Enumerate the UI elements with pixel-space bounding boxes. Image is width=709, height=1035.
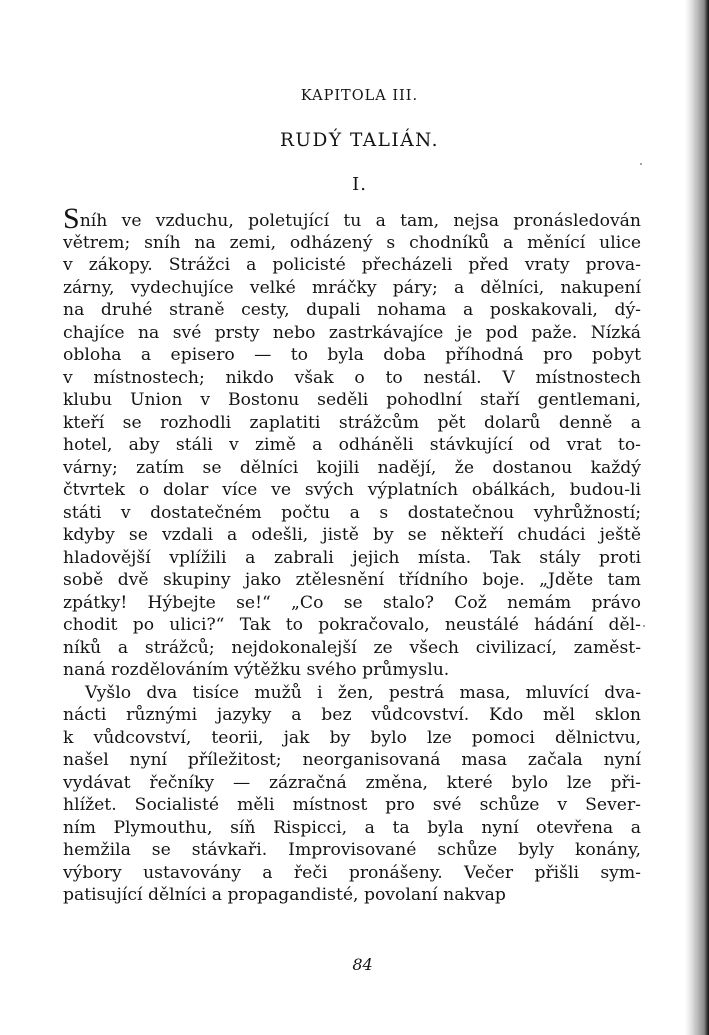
chapter-title: RUDÝ TALIÁN. [5, 130, 709, 151]
text-line: vydávat řečníky — zázračná změna, které … [63, 772, 641, 795]
text-line: v místnostech; nikdo však o to nestál. V… [63, 367, 641, 390]
paragraph-2: Vyšlo dva tisíce mužů i žen, pestrá masa… [63, 682, 641, 907]
text-line: kdyby se vzdali a odešli, jistě by se ně… [63, 524, 641, 547]
book-spine-shadow [685, 0, 709, 1035]
scan-speck [643, 625, 645, 627]
text-line: nácti různými jazyky a bez vůdcovství. K… [63, 704, 641, 727]
text-line: sobě dvě skupiny jako ztělesnění třídníh… [63, 569, 641, 592]
text-line: k vůdcovství, teorii, jak by bylo lze po… [63, 727, 641, 750]
drop-cap: S [63, 202, 80, 235]
text-line: klubu Union v Bostonu seděli pohodlní st… [63, 389, 641, 412]
text-line: várny; zatím se dělníci kojili nadějí, ž… [63, 457, 641, 480]
text-line: Sníh ve vzduchu, poletující tu a tam, ne… [63, 209, 641, 232]
text-line: větrem; sníh na zemi, odházený s chodník… [63, 232, 641, 255]
text-line: výbory ustavovány a řeči pronášeny. Veče… [63, 862, 641, 885]
body-text: Sníh ve vzduchu, poletující tu a tam, ne… [63, 209, 641, 907]
text-line: naná rozdělováním výtěžku svého průmyslu… [63, 659, 641, 682]
chapter-label: KAPITOLA III. [5, 88, 709, 104]
text-line: patisující dělníci a propagandisté, povo… [63, 884, 641, 907]
text-line: hotel, aby stáli v zimě a odháněli stávk… [63, 434, 641, 457]
text-line: našel nyní příležitost; neorganisovaná m… [63, 749, 641, 772]
text-line: hladovější vplížili a zabrali jejich mís… [63, 547, 641, 570]
text-line: chodit po ulici?“ Tak to pokračovalo, ne… [63, 614, 641, 637]
text-line: čtvrtek o dolar více ve svých výplatních… [63, 479, 641, 502]
section-number: I. [5, 174, 709, 195]
text-line: chajíce na své prsty nebo zastrkávajíce … [63, 322, 641, 345]
text-line: hemžila se stávkaři. Improvisované schůz… [63, 839, 641, 862]
page-number: 84 [0, 955, 709, 974]
scan-speck [640, 163, 642, 165]
text-line: Vyšlo dva tisíce mužů i žen, pestrá masa… [63, 682, 641, 705]
text-line: ním Plymouthu, síň Rispicci, a ta byla n… [63, 817, 641, 840]
text-line: kteří se rozhodli zaplatiti strážcům pět… [63, 412, 641, 435]
text-line: hlížet. Socialisté měli místnost pro své… [63, 794, 641, 817]
text-line: obloha a episero — to byla doba příhodná… [63, 344, 641, 367]
text-line: zpátky! Hýbejte se!“ „Co se stalo? Což n… [63, 592, 641, 615]
text-line: zárny, vydechujíce velké mráčky páry; a … [63, 277, 641, 300]
text-line: státi v dostatečném počtu a s dostatečno… [63, 502, 641, 525]
text-line: v zákopy. Strážci a policisté přecházeli… [63, 254, 641, 277]
text-line: níků a strážců; nejdokonalejší ze všech … [63, 637, 641, 660]
paragraph-1: Sníh ve vzduchu, poletující tu a tam, ne… [63, 209, 641, 682]
text-line: na druhé straně cesty, dupali nohama a p… [63, 299, 641, 322]
